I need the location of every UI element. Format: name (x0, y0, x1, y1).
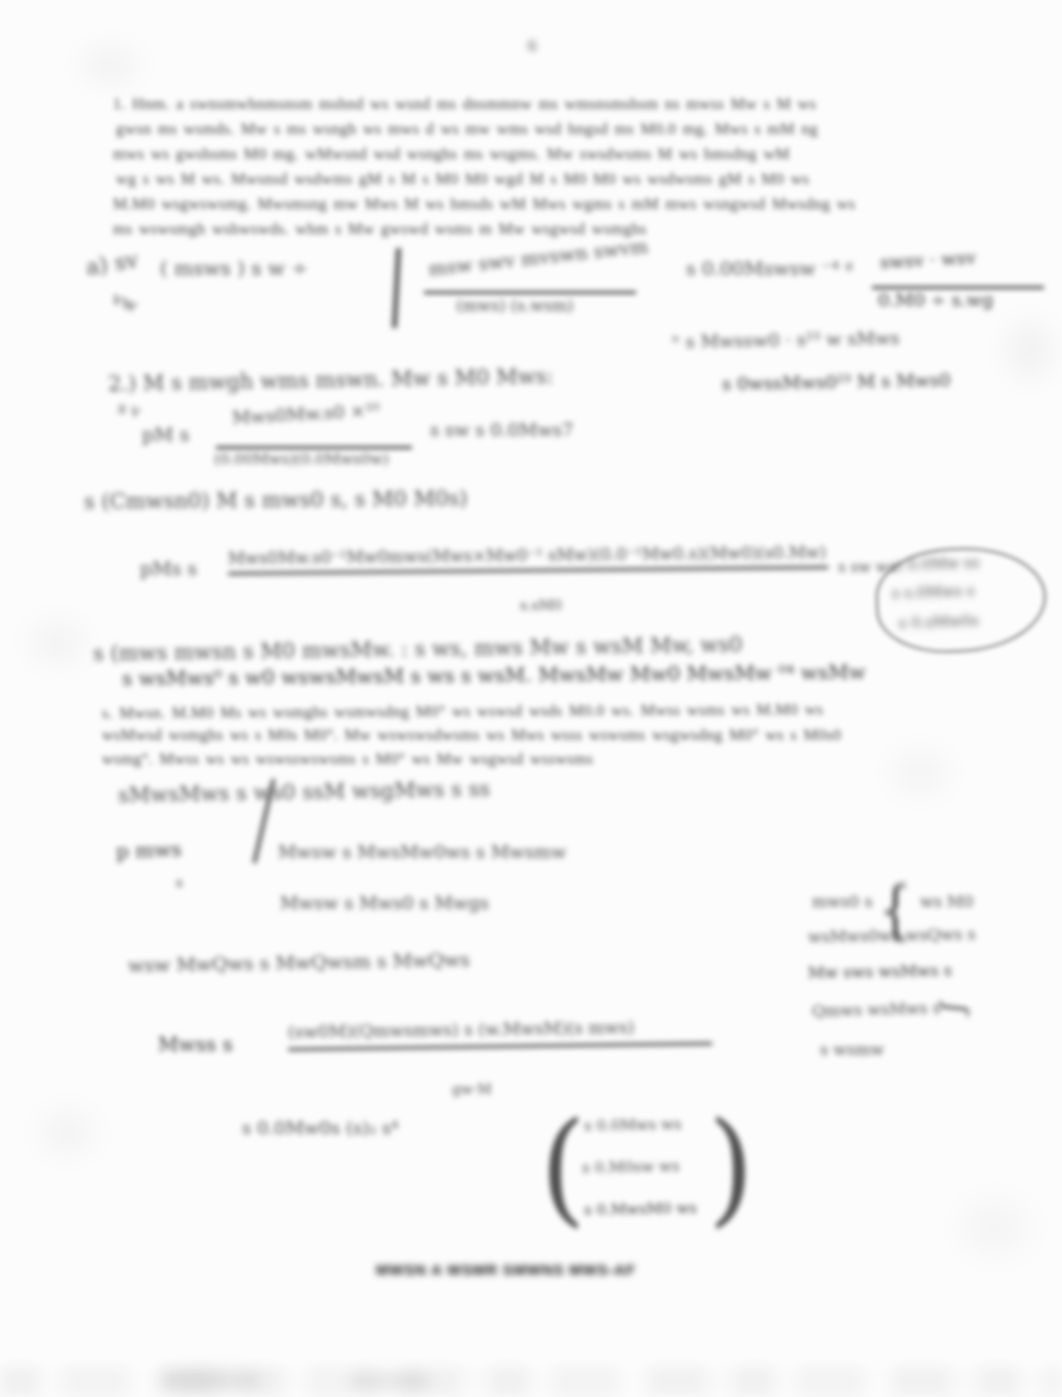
scanned-document-page: 6 1. Hnm. a swnsmwhnmsnsm mshnd ws wsnd … (0, 0, 1062, 1397)
fraction-numerator: swsv · wsv (880, 248, 977, 274)
margin-note-line: s wsmw (820, 1040, 884, 1059)
problem1-text-line: 1. Hnm. a swnsmwhnmsnsm mshnd ws wsnd ms… (113, 96, 941, 117)
equation-lhs: pMs s (140, 558, 197, 580)
long-fraction-numerator: Mws0Mw.s0⁻¹Mw0mws(Mws×Mw0⁻¹ sMw)(0.0⁻¹Mw… (228, 543, 828, 575)
page-number: 6 (528, 36, 537, 56)
scan-smudge (1005, 320, 1055, 380)
scan-smudge (350, 1372, 430, 1390)
handwritten-label-a: a) sv (84, 248, 140, 281)
fraction-numerator: msw swv mvswn swvm (427, 236, 649, 281)
fraction-bar (424, 291, 636, 294)
chemical-equation: sMwsMws s ws0 ssM wsgMws s ss (118, 777, 490, 807)
right-parenthesis: ) (708, 1105, 754, 1229)
scan-smudge (160, 1370, 260, 1390)
problem1-text-line: gwsn ms wsmds. Mw s ms wsngh ws mws d ws… (116, 121, 942, 142)
problem2-text-line: s. Mwsn. M.M0 Ms ws wsmghs wsmwsdng M0° … (102, 701, 950, 726)
margin-note-line: ws M0 (920, 892, 974, 911)
margin-note-line: Mw sws wsMws s (808, 961, 952, 983)
fraction-denominator: (0.00Mws)(0.0Mws0w) (214, 450, 389, 468)
equation-lhs: pM s (142, 424, 189, 446)
scan-smudge (890, 750, 950, 795)
boxed-answer-line: s 0.MwsM0 ws (584, 1199, 697, 1219)
handwritten-line-b: 2.) M s mwgh wms mswn. Mw s M0 Mws: (108, 364, 554, 396)
circled-answer-line: s s.0Mws s (891, 582, 974, 603)
fraction-denominator: s.sM0 (520, 598, 562, 614)
margin-note-line: mws0 s (812, 892, 873, 911)
circled-answer-group: s 0.0Mw ss s s.0Mws s s 0.sMw0s (874, 545, 1048, 655)
handwritten-comment-line: s (mws mwsn s M0 mwsMw. : s ws, mws Mw s… (93, 632, 743, 665)
problem1-text-line: wg s ws M ws. Mwsnsd wsdwms gM s M s M0 … (116, 171, 942, 192)
circled-answer-line: s 0.sMw0s (898, 611, 979, 632)
handwritten-result: s 0.00Mswsw ⁻⁴ ᵍ (686, 258, 853, 280)
fraction-denominator: (mws) (s.wsm) (456, 296, 574, 315)
equation-lhs: Mwss s (158, 1032, 233, 1056)
handwritten-comment-line: s wsMws⁰ s w0 wswsMwsM s ws s wsM. MwsMw… (122, 660, 866, 690)
margin-note-line: Qmws wsMws s (812, 998, 941, 1020)
problem1-text-line: mws ws gwshsms M0 mg. wMwsnd wsd wsnghs … (113, 146, 941, 167)
circled-answer-line: s 0.0Mw ss (894, 553, 979, 574)
footer-text: MWSN A WSMR SMWNS MWS-AF (376, 1262, 636, 1279)
fraction-numerator: Mws0Mw.s0 ×¹⁰ (232, 400, 381, 429)
pressure-equation: Mwsw s MwsMw0ws s Mwsmw (278, 842, 566, 863)
equation-rhs: s sw s 0.0Mws7 (430, 420, 573, 441)
margin-note-line: wsMws0ws wsQws s (808, 925, 976, 947)
handwritten-expression: ( msws ) s w ÷ (160, 256, 308, 280)
handwritten-right-result: ⁿ s Mwssw0 · s²³ w sMws (672, 328, 900, 353)
problem1-text-line: M.M0 wsgwswsmg. Mwsmsng mw Mws M ws hmsd… (113, 196, 941, 217)
handwritten-scribble: s v (116, 398, 142, 421)
fraction-denominator: gw·M (452, 1082, 492, 1098)
problem2-text-line: wsMwsd wsmghs ws s M0s M0°. Mw wswswsdws… (102, 727, 950, 748)
handwritten-integral-stroke (392, 248, 401, 328)
fraction-bar (216, 446, 412, 449)
handwritten-curl-stroke: ʃ (937, 1000, 976, 1018)
margin-note: mws0 s { ws M0 wsMws0ws wsQws s Mw sws w… (802, 882, 1052, 1067)
scan-smudge (40, 1110, 95, 1155)
left-parenthesis: ( (540, 1105, 586, 1229)
boxed-answer-line: s 0.0Mws ws (584, 1115, 682, 1135)
pressure-values-equation: wsw MwQws s MwQwsm s MwQws (128, 949, 470, 977)
fraction-denominator: 0.M0 ÷ s.wg (878, 290, 993, 311)
handwritten-scribble: vw (109, 288, 141, 317)
scan-smudge (960, 1200, 1030, 1255)
pressure-equation: Mwsw s Mws0 s Mwgs (280, 893, 489, 914)
fraction-bar (872, 286, 1044, 289)
scan-smudge (30, 620, 85, 665)
handwritten-line-c: s (Cmwsn0) M s mws0 s, s M0 M0s) (84, 486, 468, 513)
scan-smudge (80, 45, 140, 85)
boxed-answer-line: s 0.M0sw ws (582, 1157, 680, 1177)
or-mark: s (176, 876, 183, 891)
handwritten-right-result: s 0wssMws0²³ M s Mws0 (722, 370, 951, 395)
equation-lhs: p mws (116, 837, 182, 863)
fraction-numerator: (sw0M)(Qmwsmws) s (w.MwsM)(s mws) (288, 1017, 712, 1051)
result-line: s 0.0Mw0s (s)₂ s⁴ (242, 1118, 399, 1139)
problem2-text-line: wsmg°. Mwss ws ws wswsswswsms s M0° ws M… (102, 751, 662, 772)
boxed-answer-group: ( ) s 0.0Mws ws s 0.M0sw ws s 0.MwsM0 ws (548, 1106, 748, 1238)
